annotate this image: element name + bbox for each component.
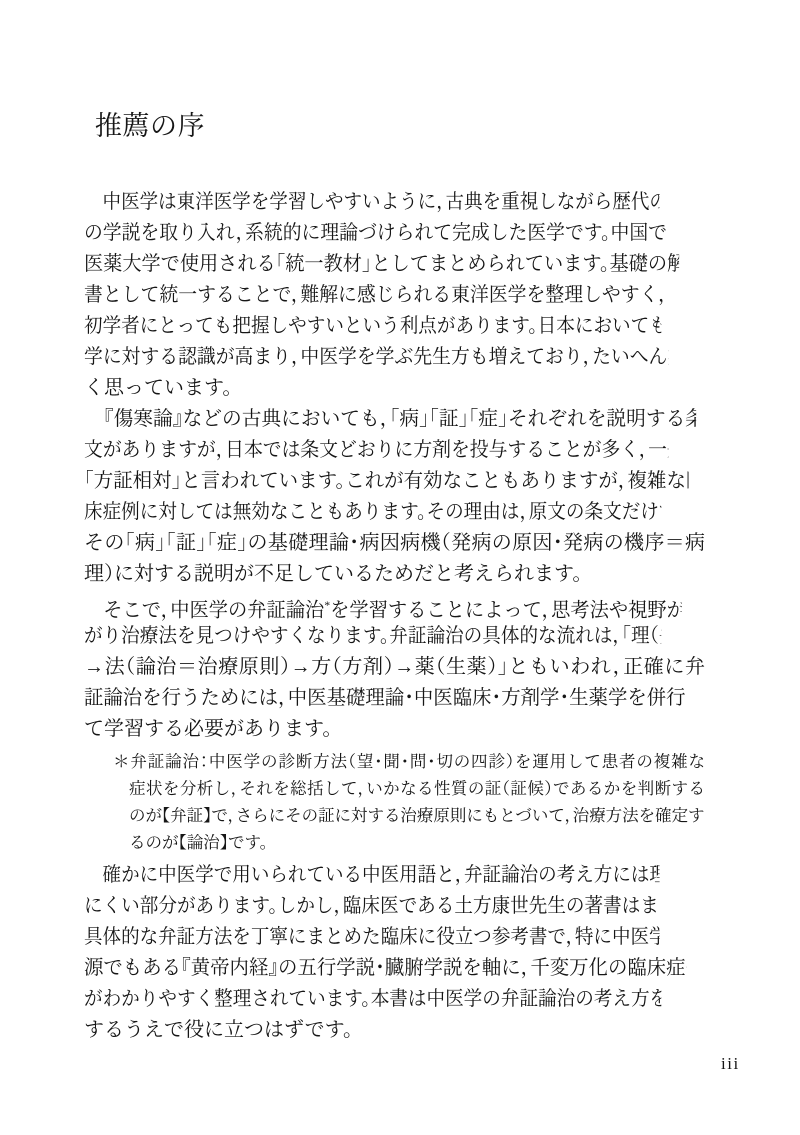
paragraph-1: 中医学は東洋医学を学習しやすいように，古典を重視しながら歴代の医家 の学説を取り…	[84, 187, 705, 404]
text-line: するうえで役に立つはずです。	[84, 1015, 705, 1046]
text-segment: そこで，中医学の弁証論治	[84, 600, 324, 621]
paragraph-2: 『傷寒論』などの古典においても，「病」「証」「症」それぞれを説明する条 文があり…	[84, 404, 705, 590]
footnote-line: のが【弁証】で，さらにその証に対する治療原則にもとづいて，治療方法を確定す	[113, 802, 704, 829]
text-line: 中医学は東洋医学を学習しやすいように，古典を重視しながら歴代の医家	[84, 187, 660, 218]
text-line: 学に対する認識が高まり，中医学を学ぶ先生方も増えており，たいへん嬉し	[84, 342, 668, 373]
paragraph-4: 確かに中医学で用いられている中医用語と，弁証論治の考え方には理解し にくい部分が…	[84, 860, 705, 1046]
text-line: 源でもある『黄帝内経』の五行学説・臓腑学説を軸に，千変万化の臨床症例	[84, 953, 687, 984]
text-line: 『傷寒論』などの古典においても，「病」「証」「症」それぞれを説明する条	[84, 404, 696, 435]
text-line: 床症例に対しては無効なこともあります。その理由は，原文の条文だけでは，	[84, 497, 661, 528]
page-number: iii	[721, 1054, 740, 1074]
book-page: 推薦の序 中医学は東洋医学を学習しやすいように，古典を重視しながら歴代の医家 の…	[0, 0, 800, 1135]
text-line: →法（論治＝治療原則）→方（方剤）→薬（生薬）」ともいわれ，正確に弁	[84, 652, 705, 683]
paragraph-3: そこで，中医学の弁証論治*を学習することによって，思考法や視野が広 がり治療法を…	[84, 590, 705, 745]
text-line: 具体的な弁証方法を丁寧にまとめた臨床に役立つ参考書で，特に中医学の根	[84, 922, 660, 953]
page-title: 推薦の序	[95, 110, 205, 142]
text-segment: を学習することによって，思考法や視野が広	[330, 600, 682, 621]
text-line: く思っています。	[84, 373, 705, 404]
text-line: がわかりやすく整理されています。本書は中医学の弁証論治の考え方を学習	[84, 984, 661, 1015]
text-line: 書として統一することで，難解に感じられる東洋医学を整理しやすく，また	[84, 280, 669, 311]
text-line: 医薬大学で使用される「統一教材」としてまとめられています。基礎の解説	[84, 249, 679, 280]
text-line: 理）に対する説明が不足しているためだと考えられます。	[84, 559, 705, 590]
footnote-line: ＊弁証論治：中医学の診断方法（望・聞・問・切の四診）を運用して患者の複雑な	[113, 748, 705, 775]
text-line: にくい部分があります。しかし，臨床医である土方康世先生の著書はまさに，	[84, 891, 661, 922]
footnote-line: るのが【論治】です。	[113, 829, 705, 856]
text-line: 「方証相対」と言われています。これが有効なこともありますが，複雑な臨	[84, 466, 688, 497]
page-body: 中医学は東洋医学を学習しやすいように，古典を重視しながら歴代の医家 の学説を取り…	[84, 187, 705, 1046]
footnote-line: 症状を分析し，それを総括して，いかなる性質の証（証候）であるかを判断する	[113, 775, 705, 802]
text-line: その「病」「証」「症」の基礎理論・病因病機（発病の原因・発病の機序＝病	[84, 528, 705, 559]
text-line: 文がありますが，日本では条文どおりに方剤を投与することが多く，一般に	[84, 435, 668, 466]
text-line: 証論治を行うためには，中医基礎理論・中医臨床・方剤学・生薬学を併行し	[84, 683, 687, 714]
footnote: ＊弁証論治：中医学の診断方法（望・聞・問・切の四診）を運用して患者の複雑な 症状…	[113, 748, 705, 856]
text-line: 確かに中医学で用いられている中医用語と，弁証論治の考え方には理解し	[84, 860, 660, 891]
text-line: て学習する必要があります。	[84, 714, 705, 745]
text-line: 初学者にとっても把握しやすいという利点があります。日本においても中医	[84, 311, 661, 342]
text-line: がり治療法を見つけやすくなります。弁証論治の具体的な流れは，「理（弁証）	[84, 621, 661, 652]
text-line: の学説を取り入れ，系統的に理論づけられて完成した医学です。中国では中	[84, 218, 668, 249]
text-line: そこで，中医学の弁証論治*を学習することによって，思考法や視野が広	[84, 590, 682, 621]
